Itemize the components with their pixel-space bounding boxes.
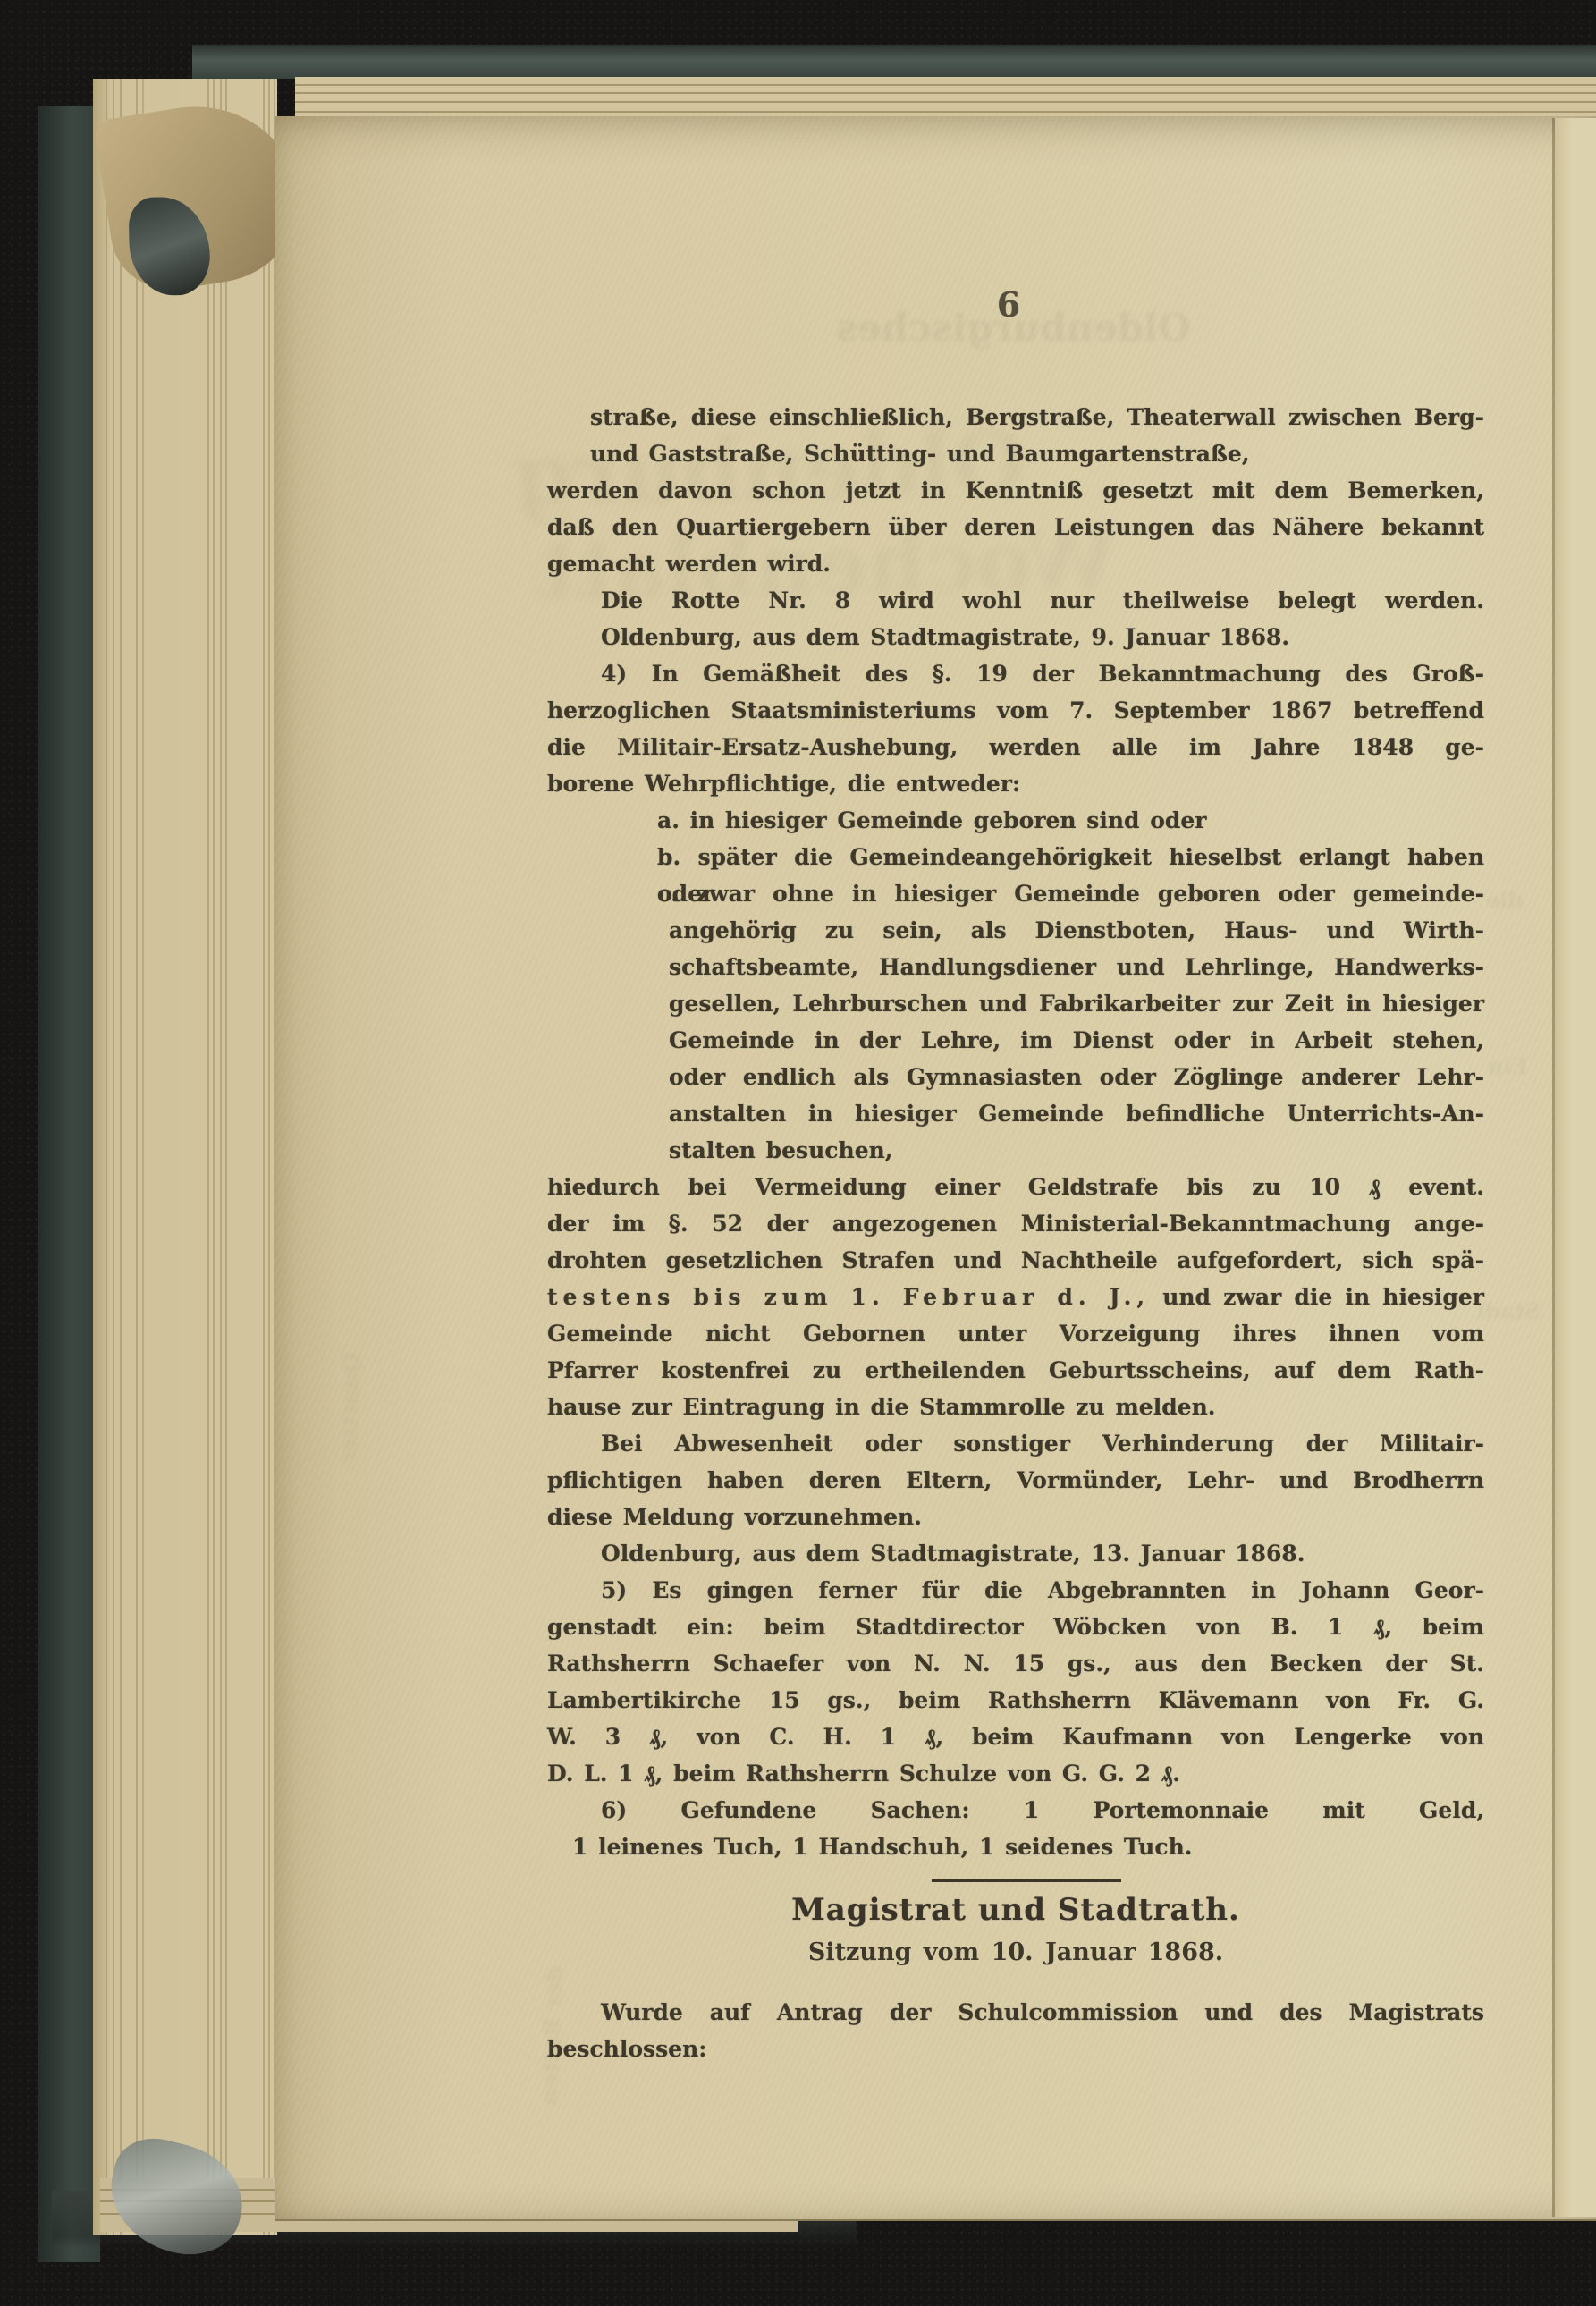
body-text: straße, diese einschließlich, Bergstraße… [547,399,1484,1883]
page-edge-line [142,79,144,2235]
text-line: Rathsherrn Schaefer von N. N. 15 gs., au… [547,1645,1484,1682]
page-edge-line [295,101,1596,103]
text-line: pflichtigen haben deren Eltern, Vormünde… [547,1462,1484,1499]
text-line: Die Rotte Nr. 8 wird wohl nur theilweise… [601,582,1484,619]
page-edge-line [263,79,265,2235]
text-line: straße, diese einschließlich, Bergstraße… [590,399,1484,435]
page-edge-line [295,92,1596,94]
text-line: gesellen, Lehrburschen und Fabrikarbeite… [669,985,1484,1022]
text-line: genstadt ein: beim Stadtdirector Wöbcken… [547,1609,1484,1645]
text-line: schaftsbeamte, Handlungsdiener und Lehrl… [669,949,1484,985]
book-cover-edge-top [192,45,1596,79]
text-line: oder endlich als Gymnasiasten oder Zögli… [669,1059,1484,1095]
text-line: Wurde auf Antrag der Schulcommission und… [601,1994,1484,2031]
text-line: b. später die Gemeindeangehörigkeit hies… [657,839,1484,875]
text-line: 5) Es gingen ferner für die Abgebrannten… [601,1572,1484,1609]
page-edge-line [220,79,222,2235]
text-line: Gemeinde in der Lehre, im Dienst oder in… [669,1022,1484,1059]
text-line: beschlossen: [547,2031,1484,2067]
page-curl-strip [1555,118,1596,2217]
text-line: hause zur Eintragung in die Stammrolle z… [547,1389,1484,1425]
page-edge-line [225,79,227,2235]
page-edge-line [136,79,138,2235]
text-line: drohten gesetzlichen Strafen und Nachthe… [547,1242,1484,1279]
text-line: daß den Quartiergebern über deren Leistu… [547,509,1484,545]
text-line: 1 leinenes Tuch, 1 Handschuh, 1 seidenes… [572,1829,1484,1865]
text-line: W. 3 ₰, von C. H. 1 ₰, beim Kaufmann von… [547,1719,1484,1755]
text-line: anstalten in hiesiger Gemeinde befindlic… [669,1095,1484,1132]
page-stack-edges-top [295,77,1596,118]
text-line: c. zwar ohne in hiesiger Gemeinde gebore… [657,875,1484,912]
page-edge-line [213,79,215,2235]
text-line: testens bis zum 1. Februar d. J., und zw… [547,1279,1484,1315]
text-line: angehörig zu sein, als Dienstboten, Haus… [669,912,1484,949]
text-line: hiedurch bei Vermeidung einer Geldstrafe… [547,1169,1484,1205]
text-line: der im §. 52 der angezogenen Ministerial… [547,1205,1484,1242]
page-edge-line [268,79,270,2235]
closing-text: Wurde auf Antrag der Schulcommission und… [547,1994,1484,2074]
page-fold-line [1552,118,1555,2217]
page-number: 6 [973,284,1044,325]
text-line: und Gaststraße, Schütting- und Baumgarte… [590,435,1484,472]
session-subheading: Sitzung vom 10. Januar 1868. [547,1939,1484,1966]
text-line: borene Wehrpflichtige, die entweder: [547,765,1484,802]
text-line: stalten besuchen, [669,1132,1484,1169]
text-line: Pfarrer kostenfrei zu ertheilenden Gebur… [547,1352,1484,1389]
text-line: die Militair-Ersatz-Aushebung, werden al… [547,729,1484,765]
text-line: a. in hiesiger Gemeinde geboren sind ode… [657,802,1484,839]
text-line: 4) In Gemäßheit des §. 19 der Bekanntmac… [601,655,1484,692]
section-heading: Magistrat und Stadtrath. [547,1892,1484,1928]
book-cover-edge-left [38,106,100,2262]
page-edge-line [120,79,122,2235]
section-separator-rule [932,1879,1121,1882]
text-line: werden davon schon jetzt in Kenntniß ges… [547,472,1484,509]
book-scan: OldenburgischesOldenburgWochenblattdieEi… [0,0,1596,2306]
text-line: D. L. 1 ₰, beim Rathsherrn Schulze von G… [547,1755,1484,1792]
text-line: Oldenburg, aus dem Stadtmagistrate, 13. … [601,1535,1484,1572]
page-stack-edges-left [93,79,277,2235]
text-line: Oldenburg, aus dem Stadtmagistrate, 9. J… [601,619,1484,655]
text-line: diese Meldung vorzunehmen. [547,1499,1484,1535]
text-line: Gemeinde nicht Gebornen unter Vorzeigung… [547,1315,1484,1352]
text-line: gemacht werden wird. [547,545,1484,582]
text-line: Lambertikirche 15 gs., beim Rathsherrn K… [547,1682,1484,1719]
page-edge-line [295,111,1596,113]
page-edge-line [295,84,1596,86]
text-line: herzoglichen Staatsministeriums vom 7. S… [547,692,1484,729]
text-line: 6) Gefundene Sachen: 1 Portemonnaie mit … [601,1792,1484,1829]
letterspaced-text: testens bis zum 1. Februar d. J., [547,1284,1150,1310]
page-edge-line [113,79,114,2235]
page-edge-line [207,79,209,2235]
text-line: Bei Abwesenheit oder sonstiger Verhinder… [601,1425,1484,1462]
page-edge-line [106,79,107,2235]
